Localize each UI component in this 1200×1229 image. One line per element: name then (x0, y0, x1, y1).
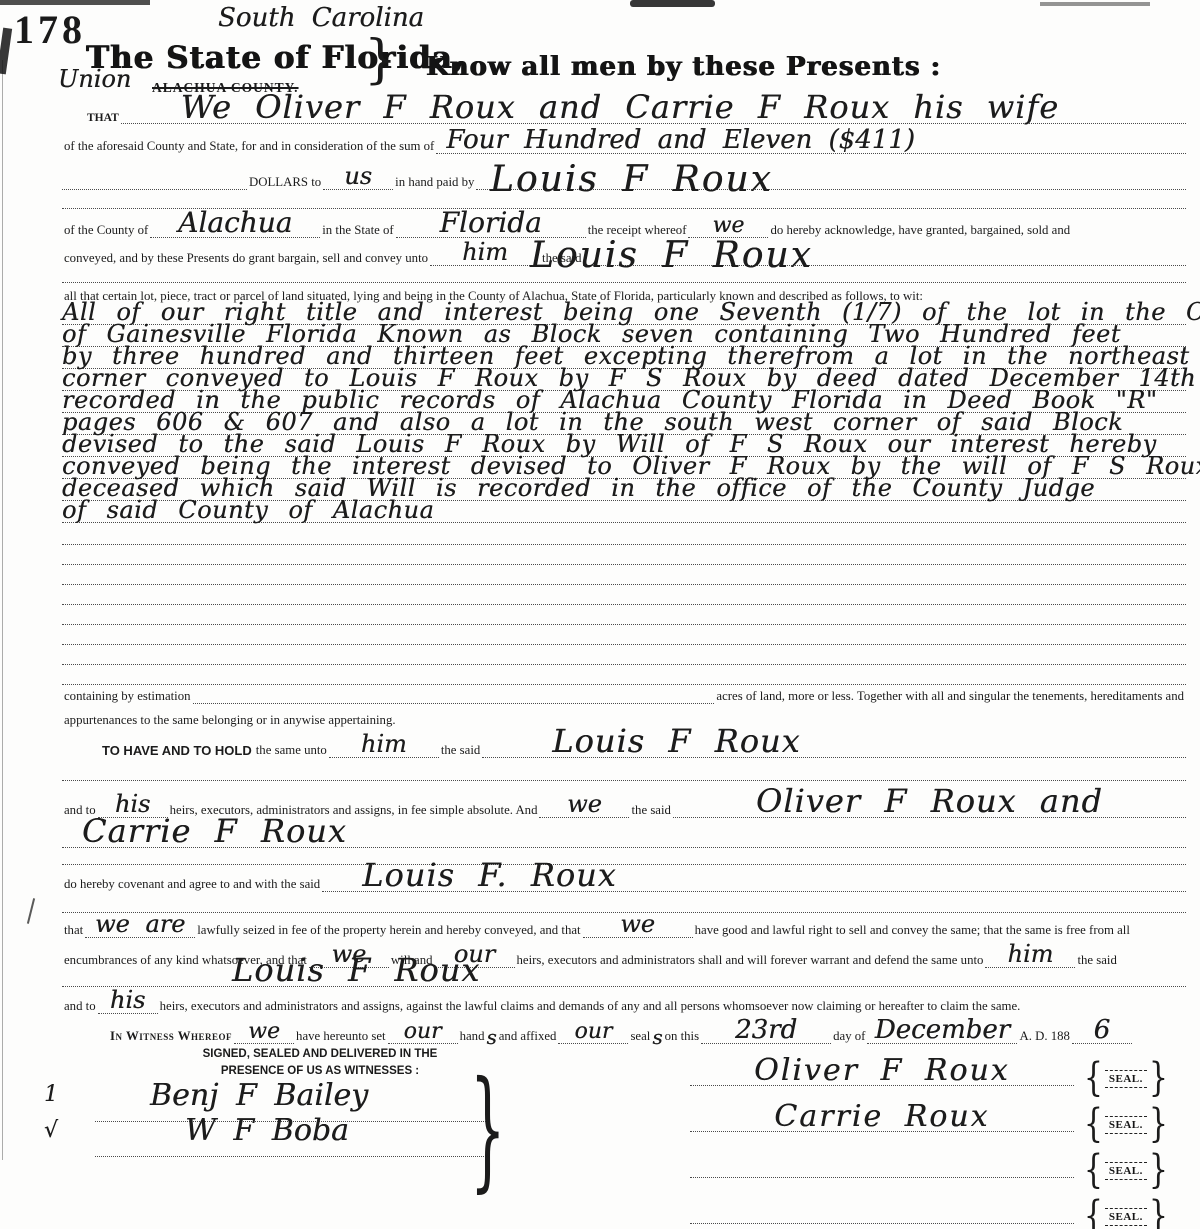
witness-label-5: seal (628, 1029, 652, 1044)
seal-brace-right-icon: } (1149, 1060, 1168, 1099)
proclamation-title: Know all men by these Presents : (426, 52, 941, 82)
state-label: in the State of (320, 223, 395, 238)
seal-label: SEAL. (1105, 1116, 1147, 1134)
convey-label: conveyed, and by these Presents do grant… (62, 251, 430, 266)
we-fill-hand: we (567, 790, 602, 818)
seisin-fill-1-hand: we are (95, 910, 185, 938)
signature-line (690, 1177, 1074, 1178)
witness-brace-icon: } (470, 1052, 506, 1205)
state-value: Florida (440, 206, 542, 239)
grantee-name: Louis F Roux (530, 246, 813, 266)
blank-ruled-line (62, 664, 1186, 685)
state-title: The State of Florida, (86, 40, 465, 76)
dollars-label: DOLLARS to (247, 175, 323, 190)
seisin-label-1: lawfully seized in fee of the property h… (195, 923, 582, 938)
signature-line: Carrie Roux (690, 1108, 1074, 1132)
blank-ruled-line (62, 624, 1186, 645)
consideration-label: of the aforesaid County and State, for a… (62, 139, 436, 154)
witness-fill-3-hand: s (486, 1030, 496, 1044)
seal-stamp: { SEAL. } (1084, 1110, 1168, 1140)
seal-label: SEAL. (1105, 1070, 1147, 1088)
witness-signature-2: W F Boba (95, 1113, 349, 1148)
witness-signature-1: Benj F Bailey (95, 1078, 368, 1113)
seal-brace-left-icon: { (1084, 1152, 1103, 1191)
habendum-unto-label: the same unto (254, 743, 329, 758)
grantor-names-2-fill: Carrie F Roux (62, 822, 1186, 848)
seal-stamp: { SEAL. } (1084, 1202, 1168, 1229)
containing-line: containing by estimation acres of land, … (62, 684, 1186, 704)
covenant-line: do hereby covenant and agree to and with… (62, 866, 1186, 892)
warrant-grantee-wrap: Louis F Roux (62, 961, 480, 986)
scan-artifact (0, 0, 150, 5)
that-label: THAT (85, 112, 121, 124)
blank-ruled-line (62, 564, 1186, 585)
the-said-label: the said (629, 803, 672, 818)
county-label: of the County of (62, 223, 150, 238)
claims-label: heirs, executors and administrators and … (158, 999, 1023, 1014)
claims-and-to-label: and to (62, 999, 98, 1014)
habendum-label: TO HAVE AND TO HOLD (100, 743, 254, 758)
blank-ruled-line (62, 544, 1186, 565)
seal-label: SEAL. (1105, 1162, 1147, 1180)
consideration-line: of the aforesaid County and State, for a… (62, 134, 1186, 154)
witness-fill-2-hand: our (404, 1019, 442, 1044)
paid-by-label: in hand paid by (393, 175, 476, 190)
covenant-grantee-fill: Louis F. Roux (322, 866, 1186, 892)
witness-fill-4-hand: our (574, 1019, 612, 1044)
witness-label-2: have hereunto set (294, 1029, 388, 1044)
we-fill: we (539, 797, 629, 818)
claims-fill: his (98, 993, 158, 1014)
witness-fill-1-hand: we (248, 1019, 280, 1044)
in-witness-whereof-label: In Witness Whereof (108, 1029, 234, 1044)
grantors-fill: We Oliver F Roux and Carrie F Roux his w… (121, 98, 1186, 124)
scan-artifact (630, 0, 715, 7)
page-number: 178 (14, 6, 86, 53)
seisin-fill-1: we are (85, 917, 195, 938)
acknowledge-label: do hereby acknowledge, have granted, bar… (768, 223, 1072, 238)
stray-pen-mark (27, 898, 35, 924)
habendum-fill: him (329, 737, 439, 758)
appurtenances-label: appurtenances to the same belonging or i… (62, 713, 398, 728)
seal-label: SEAL. (1105, 1208, 1147, 1226)
county-value: Alachua (178, 206, 292, 239)
signature-line: Oliver F Roux (690, 1062, 1074, 1086)
signed-sealed-label: SIGNED, SEALED AND DELIVERED IN THE (150, 1046, 490, 1063)
blank-ruled-line (62, 524, 1186, 545)
signature-block: Oliver F Roux { SEAL. } Carrie Roux { SE… (690, 1040, 1168, 1224)
leader-fill (62, 189, 247, 190)
scan-artifact (1040, 2, 1150, 6)
margin-mark-2: √ (44, 1124, 58, 1138)
blank-ruled-line (62, 604, 1186, 625)
unto-fill: him (430, 245, 540, 266)
seal-stamp: { SEAL. } (1084, 1156, 1168, 1186)
blank-ruled-line (62, 272, 1186, 283)
blank-ruled-line (62, 644, 1186, 665)
blank-ruled-line (62, 770, 1186, 781)
grantor-signature-2: Carrie Roux (774, 1099, 989, 1134)
seal-brace-left-icon: { (1084, 1106, 1103, 1145)
warrant-grantee-name: Louis F Roux (232, 951, 480, 989)
header-brace-icon: } (364, 30, 397, 90)
warrant-grantee-line: Louis F Roux (62, 958, 1186, 987)
seal-brace-left-icon: { (1084, 1060, 1103, 1099)
unto-fill-hand: him (462, 238, 508, 266)
seal-brace-right-icon: } (1149, 1106, 1168, 1145)
handwritten-county: Union (58, 72, 131, 87)
dollars-fill: us (323, 169, 393, 190)
acres-label: acres of land, more or less. Together wi… (714, 689, 1186, 704)
grantors-line: THAT We Oliver F Roux and Carrie F Roux … (85, 100, 1186, 124)
claims-fill-hand: his (110, 986, 145, 1014)
that-label-2: that (62, 923, 85, 938)
handwritten-state-note: South Carolina (218, 10, 424, 26)
blank-ruled-line (62, 584, 1186, 605)
containing-label: containing by estimation (62, 689, 193, 704)
dollars-fill-hand: us (344, 162, 372, 190)
grantor-names-1: Oliver F Roux and (756, 782, 1103, 820)
covenant-label: do hereby covenant and agree to and with… (62, 877, 322, 892)
witness-fill-1: we (234, 1025, 294, 1044)
margin-mark-1: 1 (44, 1088, 58, 1102)
signature-row: Oliver F Roux { SEAL. } (690, 1040, 1168, 1086)
witness-label-3: hand (458, 1029, 487, 1044)
habendum-line: TO HAVE AND TO HOLD the same unto him th… (100, 732, 1186, 758)
signature-line (690, 1223, 1074, 1224)
seisin-label-2: have good and lawful right to sell and c… (693, 923, 1132, 938)
witness-signature-line: W F Boba (95, 1122, 490, 1157)
consideration-fill: Four Hundred and Eleven ($411) (436, 132, 1186, 154)
seal-brace-right-icon: } (1149, 1152, 1168, 1191)
consideration-amount: Four Hundred and Eleven ($411) (446, 125, 915, 155)
grantor-names-2: Carrie F Roux (82, 812, 347, 850)
covenant-grantee-name: Louis F. Roux (362, 856, 617, 894)
scan-artifact (2, 60, 3, 1160)
seisin-fill-2: we (583, 917, 693, 938)
claims-line: and to his heirs, executors and administ… (62, 994, 1186, 1014)
acreage-fill (193, 703, 715, 704)
seal-stamp: { SEAL. } (1084, 1064, 1168, 1094)
habendum-grantee-name: Louis F Roux (552, 722, 800, 760)
witness-fill-5-hand: s (652, 1030, 662, 1044)
grantor-names-fill: Oliver F Roux and (673, 792, 1186, 818)
seisin-fill-2-hand: we (620, 910, 655, 938)
county-fill: Alachua (150, 214, 320, 238)
witness-fill-2: our (388, 1025, 458, 1044)
payer-name: Louis F Roux (490, 170, 773, 190)
blank-ruled-line (62, 854, 1186, 865)
seal-brace-right-icon: } (1149, 1198, 1168, 1229)
witness-block: SIGNED, SEALED AND DELIVERED IN THE PRES… (60, 1046, 490, 1157)
grantor-names-line-2: Carrie F Roux (62, 820, 1186, 848)
description-line: of said County of Alachua (62, 500, 1186, 523)
grantors-names: We Oliver F Roux and Carrie F Roux his w… (181, 88, 1059, 126)
seal-brace-left-icon: { (1084, 1198, 1103, 1229)
deed-document-page: 178 South Carolina The State of Florida,… (0, 0, 1200, 1229)
grantor-signature-1: Oliver F Roux (754, 1053, 1010, 1088)
description-text: of said County of Alachua (62, 496, 434, 524)
seisin-line-1: that we are lawfully seized in fee of th… (62, 916, 1186, 938)
witness-label-4: and affixed (497, 1029, 559, 1044)
witness-fill-4: our (558, 1025, 628, 1044)
habendum-said-label: the said (439, 743, 482, 758)
habendum-grantee-fill: Louis F Roux (482, 732, 1186, 758)
habendum-fill-hand: him (361, 730, 407, 758)
